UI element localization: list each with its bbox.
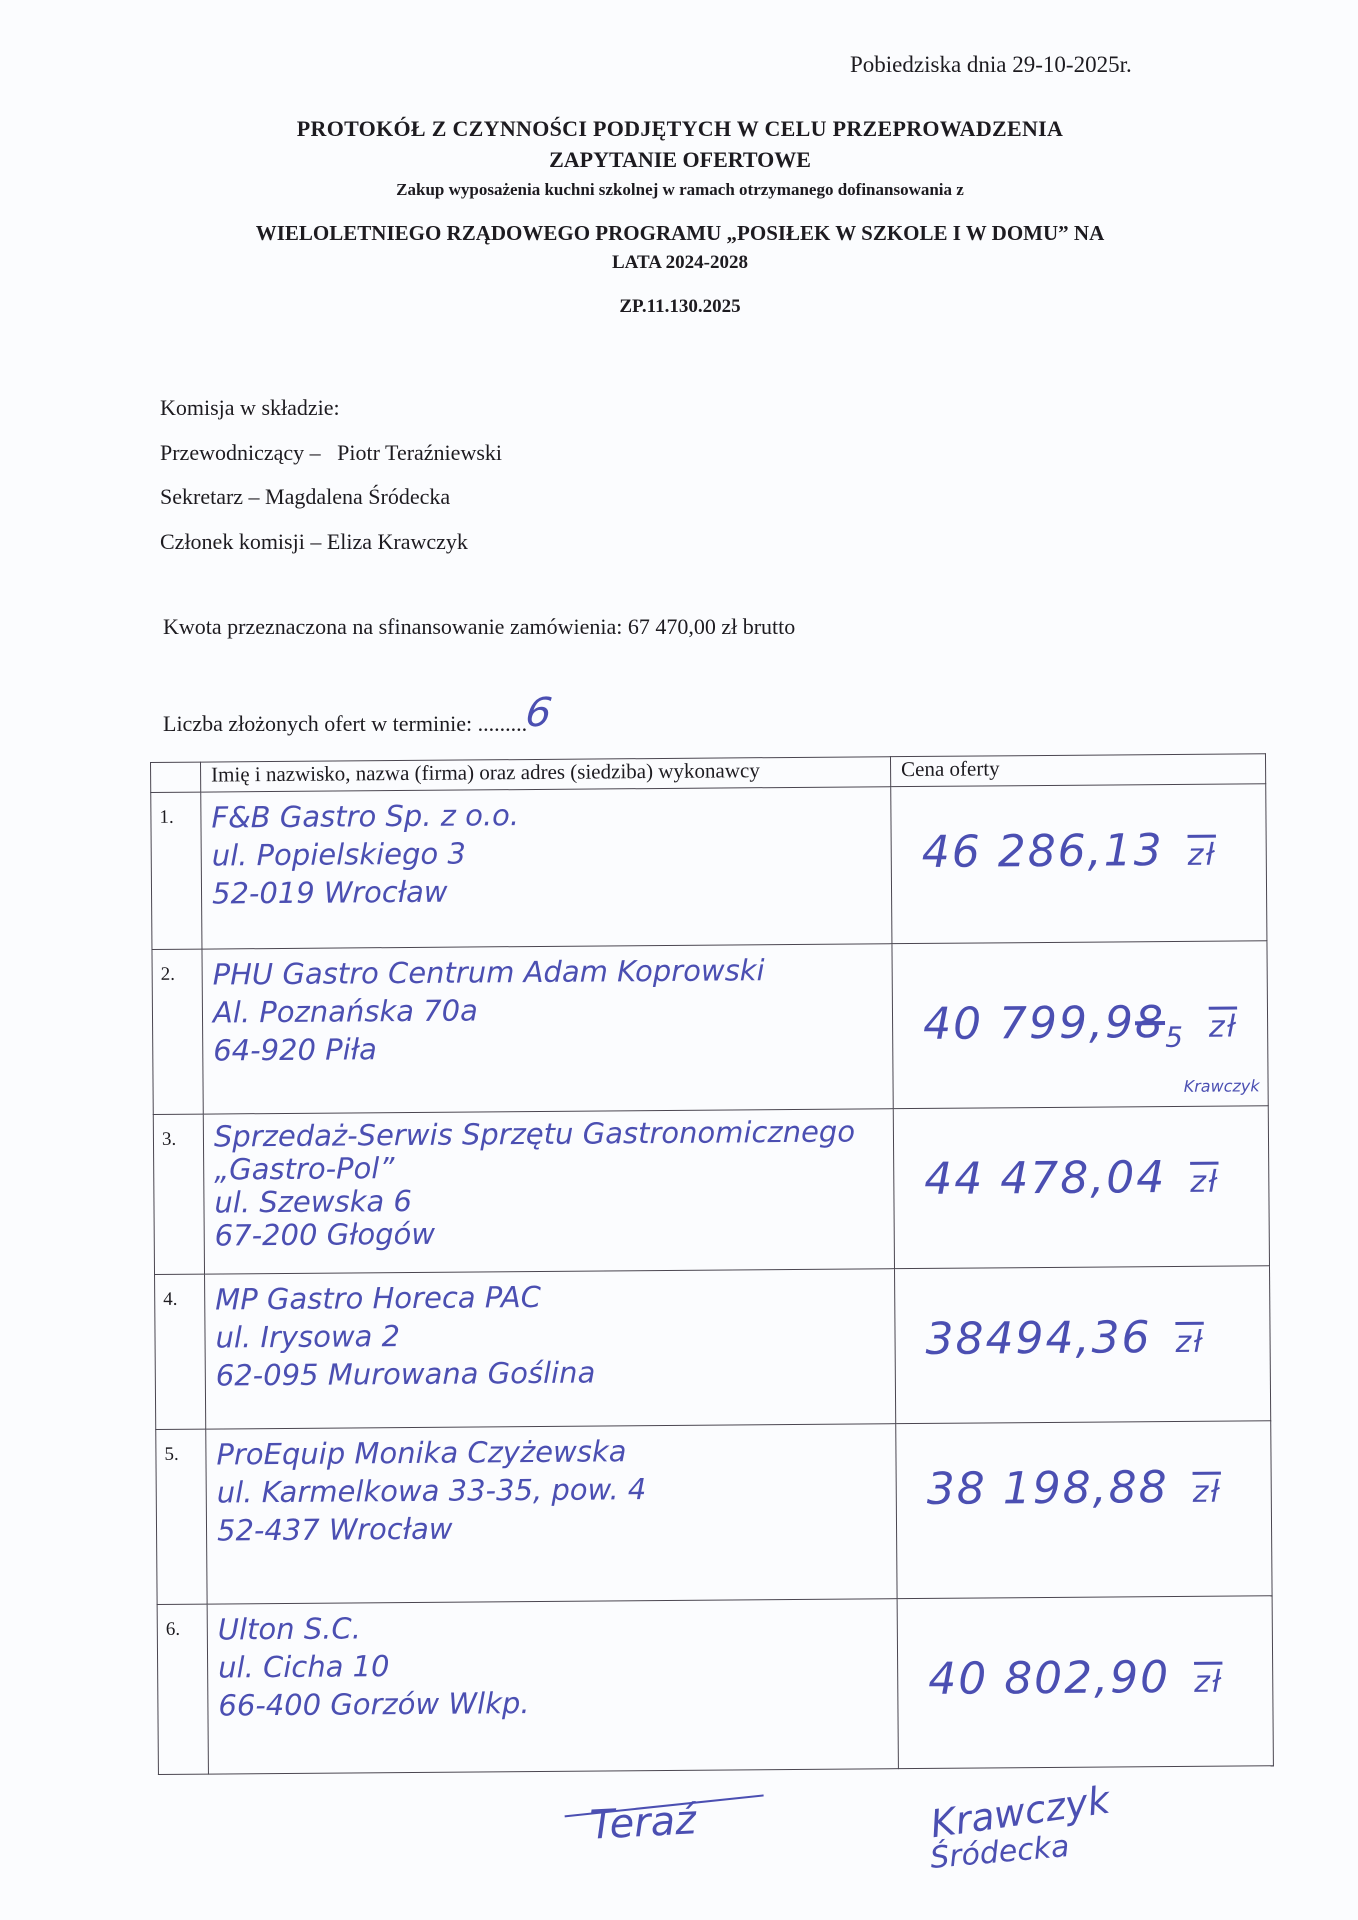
contractor-line: Ulton S.C. (218, 1605, 897, 1648)
contractor-cell: Ulton S.C.ul. Cicha 1066-400 Gorzów Wlkp… (207, 1599, 898, 1774)
contractor-line: 67-200 Głogów (215, 1214, 894, 1252)
contractor-line: „Gastro-Pol” (214, 1148, 893, 1186)
offer-price: 38494,36zł (925, 1312, 1204, 1365)
currency-label: zł (1209, 1009, 1238, 1044)
price-cell: 44 478,04zł (893, 1106, 1269, 1269)
offer-price: 40 802,90zł (928, 1652, 1223, 1705)
contractor-cell: ProEquip Monika Czyżewskaul. Karmelkowa … (206, 1424, 897, 1604)
contractor-line: 64-920 Piła (213, 1026, 892, 1069)
contractor-cell: PHU Gastro Centrum Adam KoprowskiAl. Poz… (202, 944, 893, 1114)
offers-count-label: Liczba złożonych ofert w terminie: .....… (163, 711, 527, 737)
table-row: 3.Sprzedaż-Serwis Sprzętu Gastronomiczne… (153, 1106, 1269, 1275)
row-number: 3. (153, 1114, 204, 1274)
contractor-cell: MP Gastro Horeca PACul. Irysowa 262-095 … (205, 1269, 896, 1429)
price-amount: 40 799,9 (923, 997, 1135, 1050)
contractor-line: 52-019 Wrocław (212, 869, 891, 912)
corrected-digit: 5 (1165, 1021, 1185, 1054)
price-amount: 38 198,88 (927, 1462, 1169, 1515)
contractor-line: ul. Szewska 6 (214, 1181, 893, 1219)
offer-price: 40 799,985zł (923, 996, 1238, 1055)
row-number: 6. (157, 1604, 208, 1774)
currency-label: zł (1188, 838, 1217, 873)
title-line-2: ZAPYTANIE OFERTOWE (120, 147, 1240, 173)
price-amount: 44 478,04 (924, 1152, 1166, 1205)
contractor-line: 66-400 Gorzów Wlkp. (218, 1681, 897, 1724)
price-cell: 40 802,90zł (897, 1596, 1273, 1769)
commission-member: Członek komisji – Eliza Krawczyk (160, 529, 468, 555)
budget-amount: Kwota przeznaczona na sfinansowanie zamó… (163, 614, 795, 640)
commission-chair: Przewodniczący – Piotr Teraźniewski (160, 440, 502, 466)
contractor-line: 52-437 Wrocław (217, 1506, 896, 1549)
subject-line: Zakup wyposażenia kuchni szkolnej w rama… (120, 180, 1240, 200)
contractor-cell: F&B Gastro Sp. z o.o.ul. Popielskiego 35… (201, 787, 892, 949)
price-cell: 38 198,88zł (896, 1421, 1272, 1599)
price-amount: 46 286,13 (922, 825, 1164, 878)
row-number: 1. (151, 792, 202, 949)
correction-initials: Krawczyk (1184, 1076, 1260, 1096)
offers-count-value: 6 (523, 690, 555, 736)
row-number: 5. (156, 1429, 207, 1604)
offers-table: Imię i nazwisko, nazwa (firma) oraz adre… (150, 753, 1274, 1775)
contractor-line: Al. Poznańska 70a (213, 988, 892, 1031)
signature-chair: Teraź (589, 1797, 697, 1848)
program-line-1: WIELOLETNIEGO RZĄDOWEGO PROGRAMU „POSIŁE… (120, 221, 1240, 246)
row-number: 2. (152, 949, 203, 1114)
header-number (151, 762, 201, 792)
currency-label: zł (1175, 1325, 1204, 1360)
contractor-line: PHU Gastro Centrum Adam Koprowski (213, 950, 892, 993)
offer-price: 38 198,88zł (927, 1462, 1222, 1515)
offer-price: 44 478,04zł (924, 1152, 1219, 1205)
price-amount: 38494,36 (925, 1312, 1151, 1365)
contractor-line: ul. Cicha 10 (218, 1643, 897, 1686)
currency-label: zł (1194, 1665, 1223, 1700)
commission-secretary: Sekretarz – Magdalena Śródecka (160, 484, 450, 510)
commission-heading: Komisja w składzie: (160, 395, 340, 421)
contractor-line: MP Gastro Horeca PAC (215, 1275, 894, 1318)
place-date: Pobiedziska dnia 29-10-2025r. (850, 52, 1132, 78)
contractor-line: ProEquip Monika Czyżewska (216, 1430, 895, 1473)
table-row: 6.Ulton S.C.ul. Cicha 1066-400 Gorzów Wl… (157, 1596, 1273, 1775)
currency-label: zł (1193, 1475, 1222, 1510)
struck-digit: 8 (1135, 997, 1165, 1048)
price-amount: 40 802,90 (928, 1652, 1170, 1705)
price-cell: 40 799,985złKrawczyk (892, 941, 1268, 1109)
table-row: 4.MP Gastro Horeca PACul. Irysowa 262-09… (155, 1266, 1271, 1430)
contractor-cell: Sprzedaż-Serwis Sprzętu Gastronomicznego… (203, 1109, 894, 1274)
title-line-1: PROTOKÓŁ Z CZYNNOŚCI PODJĘTYCH W CELU PR… (120, 116, 1240, 142)
table-row: 5.ProEquip Monika Czyżewskaul. Karmelkow… (156, 1421, 1272, 1605)
program-line-2: LATA 2024-2028 (120, 252, 1240, 274)
contractor-line: F&B Gastro Sp. z o.o. (211, 793, 890, 836)
price-cell: 38494,36zł (895, 1266, 1271, 1424)
table-row: 2.PHU Gastro Centrum Adam KoprowskiAl. P… (152, 941, 1268, 1115)
table-row: 1.F&B Gastro Sp. z o.o.ul. Popielskiego … (151, 784, 1267, 950)
contractor-line: ul. Irysowa 2 (215, 1313, 894, 1356)
contractor-line: ul. Karmelkowa 33-35, pow. 4 (217, 1468, 896, 1511)
price-cell: 46 286,13zł (891, 784, 1267, 944)
contractor-line: Sprzedaż-Serwis Sprzętu Gastronomicznego (214, 1115, 893, 1153)
contractor-line: ul. Popielskiego 3 (212, 831, 891, 874)
reference-number: ZP.11.130.2025 (120, 296, 1240, 318)
currency-label: zł (1190, 1165, 1219, 1200)
contractor-line: 62-095 Murowana Goślina (216, 1351, 895, 1394)
offer-price: 46 286,13zł (922, 825, 1217, 878)
header-price: Cena oferty (890, 754, 1265, 787)
row-number: 4. (155, 1274, 206, 1429)
